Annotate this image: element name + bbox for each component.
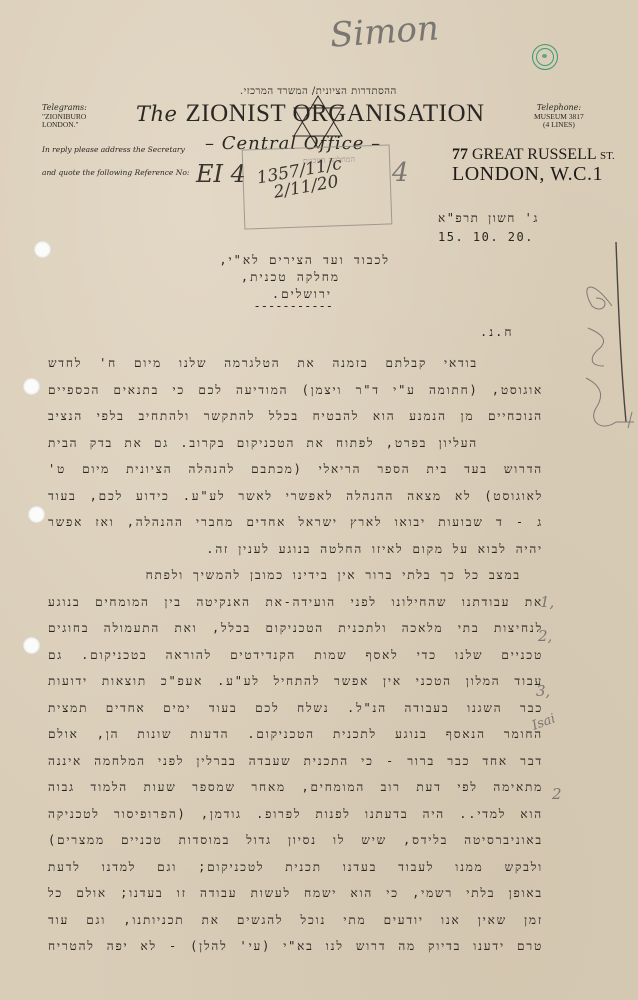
- body-line: לנחיצות בתי מלאכה ולתכנית הטכניקום בכלל,…: [48, 615, 543, 642]
- address-st: ST.: [600, 150, 615, 162]
- body-line: דבר אחד כבר ברור - כי התכנית שעבדה בברלי…: [48, 748, 543, 775]
- telephone-line: (4 LINES): [534, 121, 584, 130]
- body-line: ג - ד שבועות יבואו לארץ ישראל אחדים מחבר…: [48, 509, 543, 536]
- addressee-block: לכבוד ועד הצירים לא"י, מחלקה טכנית, ירוש…: [180, 252, 390, 309]
- margin-number: 1,: [540, 593, 554, 611]
- address-city: LONDON, W.C.1: [452, 163, 603, 186]
- reference-number: EI 4: [196, 160, 246, 188]
- letterhead-title: TheZIONIST ORGANISATION: [136, 100, 485, 128]
- reference-instruction: and quote the following Reference No:: [42, 168, 189, 177]
- gregorian-date: 15. 10. 20.: [438, 230, 534, 244]
- body-line: יהיה לבוא על מקום לאיזו החלטה בנוגע לעני…: [48, 536, 543, 563]
- margin-handwriting-icon: [582, 236, 637, 436]
- greeting: ח.נ.: [480, 325, 513, 340]
- body-line: זמן שאין אנו יודעים מתי נוכל להגשים את ת…: [48, 907, 543, 934]
- margin-number: 2,: [538, 627, 552, 645]
- stamp-scribble: 4: [392, 158, 409, 188]
- hebrew-date: ג' חשון תרפ"א: [438, 211, 539, 226]
- body-line: את עבודתנו שהחילונו לפני הועידה-את האנקי…: [48, 589, 543, 616]
- body-line: הוא למדי.. היה בדעתנו לפנות לפרופ. גודמן…: [48, 801, 543, 828]
- body-line: לאוגוסט) לא מצאה ההנהלה לאפשרי לאשר לע"ע…: [48, 483, 543, 510]
- body-line: באוניברסיטה בלידס, שיש לו נסיון גדול במו…: [48, 827, 543, 854]
- telephone-block: Telephone: MUSEUM 3817 (4 LINES): [534, 104, 584, 130]
- body-line: באופן בלתי רשמי, כי הוא ישמח לעשות עבודה…: [48, 880, 543, 907]
- body-line: במצב כל כך בלתי ברור אין בידינו כמובן לה…: [48, 562, 543, 589]
- address-number: 77: [452, 146, 468, 163]
- reply-instruction: In reply please address the Secretary: [42, 145, 185, 154]
- body-line: מתאימה לפי דעת רוב המומחים, מאחר שמספר ש…: [48, 774, 543, 801]
- address-street-name: GREAT RUSSELL: [472, 146, 596, 163]
- organisation-name: ZIONIST ORGANISATION: [185, 100, 484, 127]
- address-street: 77 GREAT RUSSELL ST.: [452, 146, 615, 164]
- body-line: החומר הנאסף בנוגע לתכנית הטכניקום. הדעות…: [48, 721, 543, 748]
- body-line: טכניים שלנו כדי לאסף שמות הקנדידטים להור…: [48, 642, 543, 669]
- telegrams-block: Telegrams: "ZIONIBURO LONDON.": [42, 104, 87, 130]
- letter-body: בודאי קבלתם בזמנה את הטלגרמה שלנו מיום ח…: [48, 350, 543, 960]
- body-line: הנוכחיים מן הנמנע הוא להבטיח בכלל להתקשר…: [48, 403, 543, 430]
- punch-hole: [23, 637, 40, 654]
- punch-hole: [23, 378, 40, 395]
- punch-hole: [28, 506, 45, 523]
- margin-number: 2: [552, 785, 562, 803]
- body-line: עבוד המלון הטכני אין אפשר להתחיל לע"ע. א…: [48, 668, 543, 695]
- green-seal-icon: [532, 44, 558, 70]
- body-line: ולבקש ממנו לעבוד בעדנו תכנית לטכניקום; ו…: [48, 854, 543, 881]
- body-line: טרם ידענו בדיוק מה דרוש לנו בא"י (עי' לה…: [48, 933, 543, 960]
- addressee-line: לכבוד ועד הצירים לא"י,: [180, 252, 390, 269]
- title-prefix: The: [136, 102, 177, 126]
- addressee-line: מחלקה טכנית,: [180, 269, 390, 286]
- body-line: הדרוש בעד בית הספר הריאלי (מכתבם להנהלה …: [48, 456, 543, 483]
- handwritten-name: Simon: [329, 8, 440, 55]
- body-line: כבר השגנו בעבודה הנ"ל. נשלח לכם בעוד ימי…: [48, 695, 543, 722]
- body-line: בודאי קבלתם בזמנה את הטלגרמה שלנו מיום ח…: [48, 350, 543, 377]
- punch-hole: [34, 241, 51, 258]
- body-line: העליון בפרט, לפתוח את הטכניקום בקרוב. גם…: [48, 430, 543, 457]
- telegrams-line: LONDON.": [42, 121, 87, 130]
- margin-number: 3,: [536, 682, 550, 700]
- body-line: אוגוסט, (חתומה ע"י ד"ר ויצמן) המודיעה לכ…: [48, 377, 543, 404]
- addressee-rule: -----------: [180, 303, 390, 309]
